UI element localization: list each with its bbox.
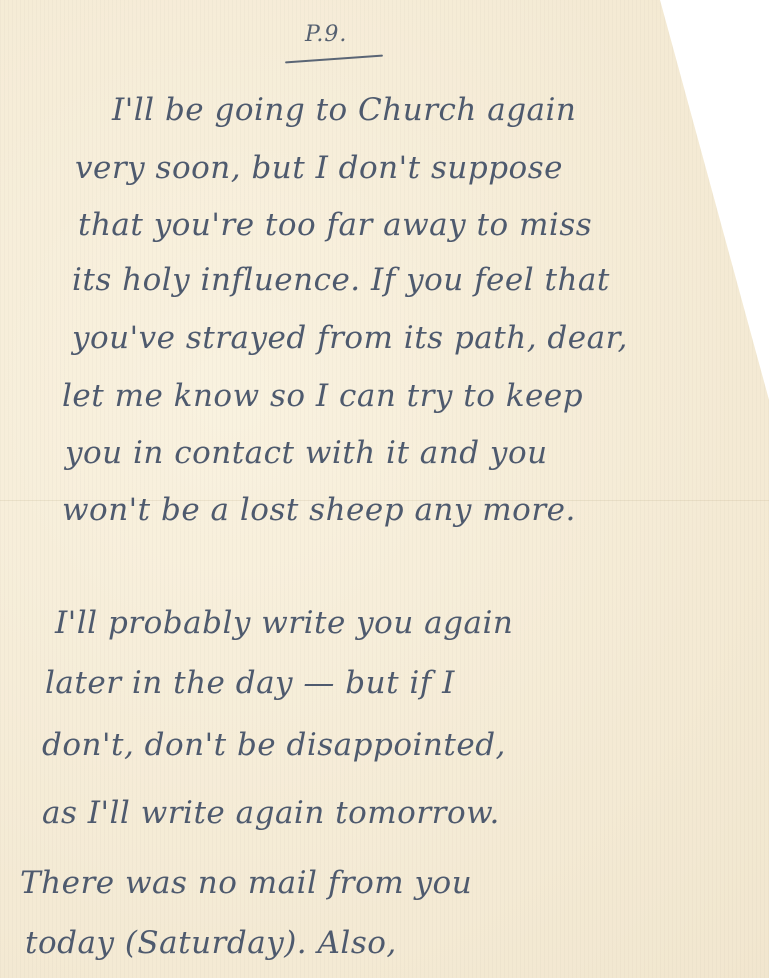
handwritten-line: won't be a lost sheep any more. (62, 492, 576, 528)
handwritten-line: later in the day — but if I (45, 665, 455, 701)
handwritten-line: I'll be going to Church again (112, 92, 576, 128)
handwritten-line: I'll probably write you again (55, 605, 513, 641)
handwritten-line: you in contact with it and you (65, 435, 548, 471)
page-number-underline (285, 55, 383, 64)
handwritten-line: its holy influence. If you feel that (72, 262, 610, 298)
handwritten-line: as I'll write again tomorrow. (42, 795, 500, 831)
letter-page: P.9. I'll be going to Church again very … (0, 0, 769, 978)
handwritten-line: very soon, but I don't suppose (75, 150, 563, 186)
handwritten-line: today (Saturday). Also, (25, 925, 397, 961)
page-number: P.9. (305, 22, 347, 47)
handwritten-line: let me know so I can try to keep (62, 378, 583, 414)
handwritten-line: that you're too far away to miss (78, 207, 592, 243)
handwritten-line: you've strayed from its path, dear, (72, 320, 628, 356)
handwritten-line: There was no mail from you (20, 865, 472, 901)
handwritten-line: don't, don't be disappointed, (42, 727, 506, 763)
